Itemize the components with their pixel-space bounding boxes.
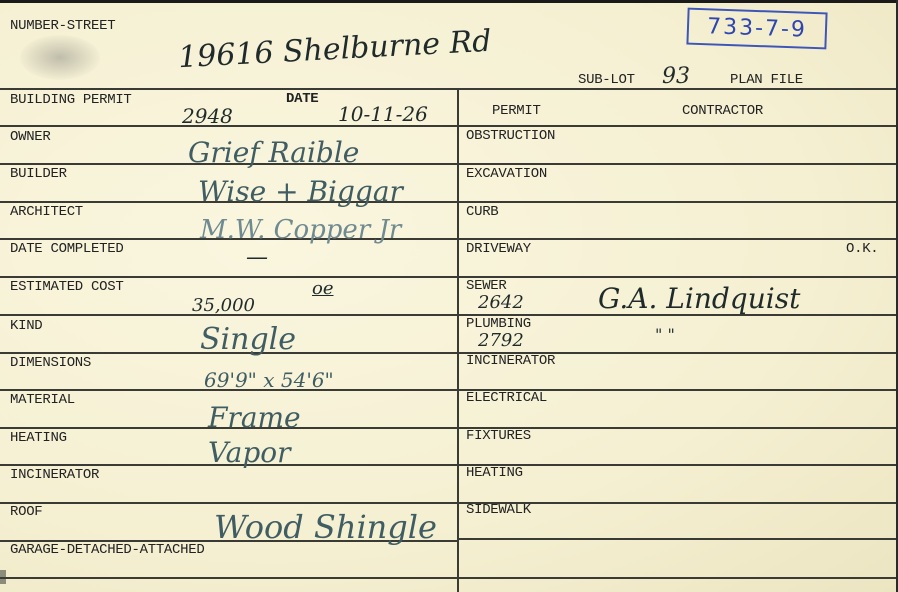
architect-value: M.W. Copper Jr: [200, 215, 401, 245]
builder-value: Wise + Biggar: [198, 175, 403, 208]
sub-lot-value: 93: [662, 64, 690, 89]
dimensions-label: DIMENSIONS: [10, 355, 91, 371]
rule-line: [0, 389, 896, 391]
rule-line: [457, 538, 896, 540]
permit-card: NUMBER-STREET 19616 Shelburne Rd 733-7-9…: [0, 0, 898, 592]
kind-label: KIND: [10, 318, 42, 334]
builder-label: BUILDER: [10, 166, 67, 182]
permit-row-excavation: EXCAVATION: [466, 166, 547, 182]
material-label: MATERIAL: [10, 392, 75, 408]
plumbing-permit-number: 2792: [478, 330, 524, 351]
rule-line: [0, 88, 896, 90]
architect-label: ARCHITECT: [10, 204, 83, 220]
permit-row-incinerator: INCINERATOR: [466, 353, 555, 369]
owner-value: Grief Raible: [188, 136, 359, 169]
rule-line: [0, 201, 896, 203]
rule-line: [0, 352, 896, 354]
plan-file-label: PLAN FILE: [730, 72, 803, 88]
rule-line: [0, 276, 896, 278]
sewer-contractor: G.A. Lindquist: [598, 282, 800, 315]
date-completed-label: DATE COMPLETED: [10, 241, 123, 257]
permit-row-obstruction: OBSTRUCTION: [466, 128, 555, 144]
roof-label: ROOF: [10, 504, 42, 520]
ink-smudge: [20, 35, 100, 80]
permit-header: PERMIT: [492, 103, 541, 119]
contractor-header: CONTRACTOR: [682, 103, 763, 119]
dimensions-value: 69'9" x 54'6": [204, 368, 334, 392]
date-label: DATE: [286, 91, 318, 107]
file-number-stamp: 733-7-9: [686, 8, 827, 50]
date-completed-value: —: [246, 245, 268, 270]
permit-row-fixtures: FIXTURES: [466, 428, 531, 444]
rule-line: [0, 163, 896, 165]
heating-label: HEATING: [10, 430, 67, 446]
top-border: [0, 0, 898, 3]
heating-value: Vapor: [208, 436, 291, 469]
rule-line: [0, 577, 896, 579]
garage-label: GARAGE-DETACHED-ATTACHED: [10, 542, 204, 558]
permit-row-electrical: ELECTRICAL: [466, 390, 547, 406]
permit-row-sidewalk: SIDEWALK: [466, 502, 531, 518]
plumbing-contractor: " ": [655, 325, 675, 344]
rule-line: [0, 502, 896, 504]
number-street-label: NUMBER-STREET: [10, 18, 115, 34]
sewer-permit-number: 2642: [478, 292, 524, 313]
permit-row-curb: CURB: [466, 204, 498, 220]
rule-line: [0, 464, 896, 466]
material-value: Frame: [208, 401, 301, 434]
estimated-cost-value: 35,000: [192, 295, 255, 316]
roof-value: Wood Shingle: [214, 508, 437, 546]
building-permit-value: 2948: [182, 104, 233, 128]
permit-row-heating: HEATING: [466, 465, 523, 481]
sub-lot-label: SUB-LOT: [578, 72, 635, 88]
estimated-cost-label: ESTIMATED COST: [10, 279, 123, 295]
driveway-status: O.K.: [846, 241, 878, 257]
rule-line: [0, 125, 896, 127]
owner-label: OWNER: [10, 129, 51, 145]
rule-line: [0, 238, 896, 240]
rule-line: [0, 427, 896, 429]
estimated-cost-note: oe: [312, 278, 334, 299]
incinerator-label: INCINERATOR: [10, 467, 99, 483]
column-divider: [457, 88, 459, 592]
permit-row-driveway: DRIVEWAY: [466, 241, 531, 257]
building-permit-label: BUILDING PERMIT: [10, 92, 132, 108]
date-value: 10-11-26: [338, 102, 428, 126]
address-value: 19616 Shelburne Rd: [177, 24, 492, 75]
kind-value: Single: [200, 322, 296, 357]
